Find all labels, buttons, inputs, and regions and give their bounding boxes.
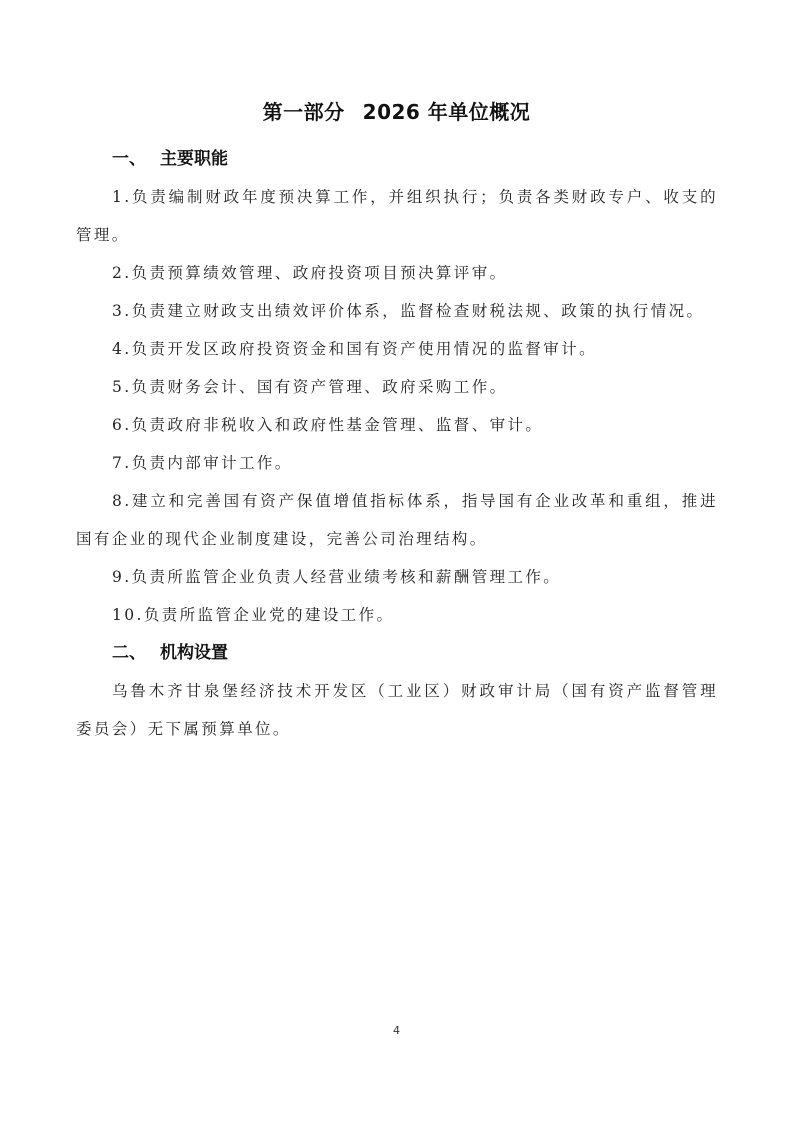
function-item-10: 10.负责所监管企业党的建设工作。 (76, 596, 718, 634)
title-part: 第一部分 (263, 100, 345, 124)
document-body: 一、主要职能 1.负责编制财政年度预决算工作，并组织执行；负责各类财政专户、收支… (76, 140, 718, 748)
section-heading-main-functions: 一、主要职能 (76, 140, 718, 178)
function-item-4: 4.负责开发区政府投资资金和国有资产使用情况的监督审计。 (76, 330, 718, 368)
section-title: 主要职能 (160, 149, 228, 169)
title-text: 2026 年单位概况 (363, 100, 531, 124)
section-number: 一、 (112, 140, 160, 178)
function-item-2: 2.负责预算绩效管理、政府投资项目预决算评审。 (76, 254, 718, 292)
section-title: 机构设置 (160, 643, 228, 663)
function-item-6: 6.负责政府非税收入和政府性基金管理、监督、审计。 (76, 406, 718, 444)
section-number: 二、 (112, 634, 160, 672)
function-item-9: 9.负责所监管企业负责人经营业绩考核和薪酬管理工作。 (76, 558, 718, 596)
document-page: 第一部分2026 年单位概况 一、主要职能 1.负责编制财政年度预决算工作，并组… (0, 0, 793, 1122)
function-item-8: 8.建立和完善国有资产保值增值指标体系，指导国有企业改革和重组，推进国有企业的现… (76, 482, 718, 558)
page-title: 第一部分2026 年单位概况 (0, 96, 793, 125)
organization-paragraph: 乌鲁木齐甘泉堡经济技术开发区（工业区）财政审计局（国有资产监督管理委员会）无下属… (76, 672, 718, 748)
function-item-1: 1.负责编制财政年度预决算工作，并组织执行；负责各类财政专户、收支的管理。 (76, 178, 718, 254)
function-item-7: 7.负责内部审计工作。 (76, 444, 718, 482)
section-heading-organization: 二、机构设置 (76, 634, 718, 672)
page-number: 4 (0, 1024, 793, 1037)
function-item-3: 3.负责建立财政支出绩效评价体系，监督检查财税法规、政策的执行情况。 (76, 292, 718, 330)
function-item-5: 5.负责财务会计、国有资产管理、政府采购工作。 (76, 368, 718, 406)
